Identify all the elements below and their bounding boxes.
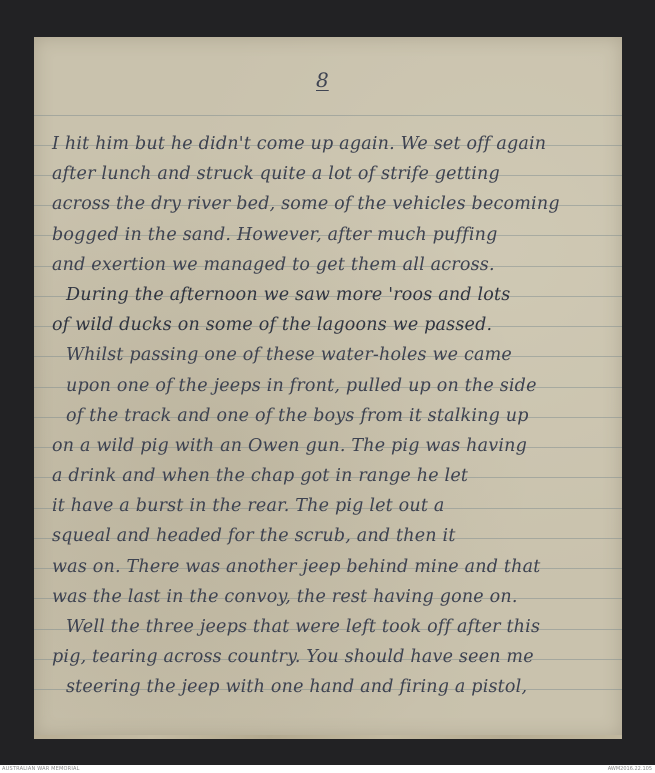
text-line: During the afternoon we saw more 'roos a… [52, 280, 618, 310]
ruled-line [34, 115, 622, 116]
text-line: squeal and headed for the scrub, and the… [52, 521, 618, 551]
text-line: pig, tearing across country. You should … [52, 642, 618, 672]
text-line: and exertion we managed to get them all … [52, 250, 618, 280]
text-line: Whilst passing one of these water-holes … [52, 340, 618, 370]
letter-page: 8 I hit him but he didn't come up again.… [34, 37, 622, 737]
text-line: on a wild pig with an Owen gun. The pig … [52, 431, 618, 461]
scan-background: 8 I hit him but he didn't come up again.… [0, 0, 655, 765]
text-line: Well the three jeeps that were left took… [52, 612, 618, 642]
archive-credit: AUSTRALIAN WAR MEMORIAL [2, 765, 80, 773]
text-line: a drink and when the chap got in range h… [52, 461, 618, 491]
handwritten-text: I hit him but he didn't come up again. W… [52, 129, 618, 703]
text-line: I hit him but he didn't come up again. W… [52, 129, 618, 159]
text-line: bogged in the sand. However, after much … [52, 220, 618, 250]
text-line: was on. There was another jeep behind mi… [52, 552, 618, 582]
text-line: it have a burst in the rear. The pig let… [52, 491, 618, 521]
text-line: across the dry river bed, some of the ve… [52, 189, 618, 219]
archive-reference: AWM2016.22.105 [608, 765, 652, 773]
text-line: of the track and one of the boys from it… [52, 401, 618, 431]
text-line: steering the jeep with one hand and firi… [52, 672, 618, 702]
archive-footer: AUSTRALIAN WAR MEMORIAL AWM2016.22.105 [0, 765, 655, 773]
text-line: after lunch and struck quite a lot of st… [52, 159, 618, 189]
text-line: upon one of the jeeps in front, pulled u… [52, 371, 618, 401]
text-line: of wild ducks on some of the lagoons we … [52, 310, 618, 340]
page-number: 8 [316, 68, 329, 92]
text-line: was the last in the convoy, the rest hav… [52, 582, 618, 612]
